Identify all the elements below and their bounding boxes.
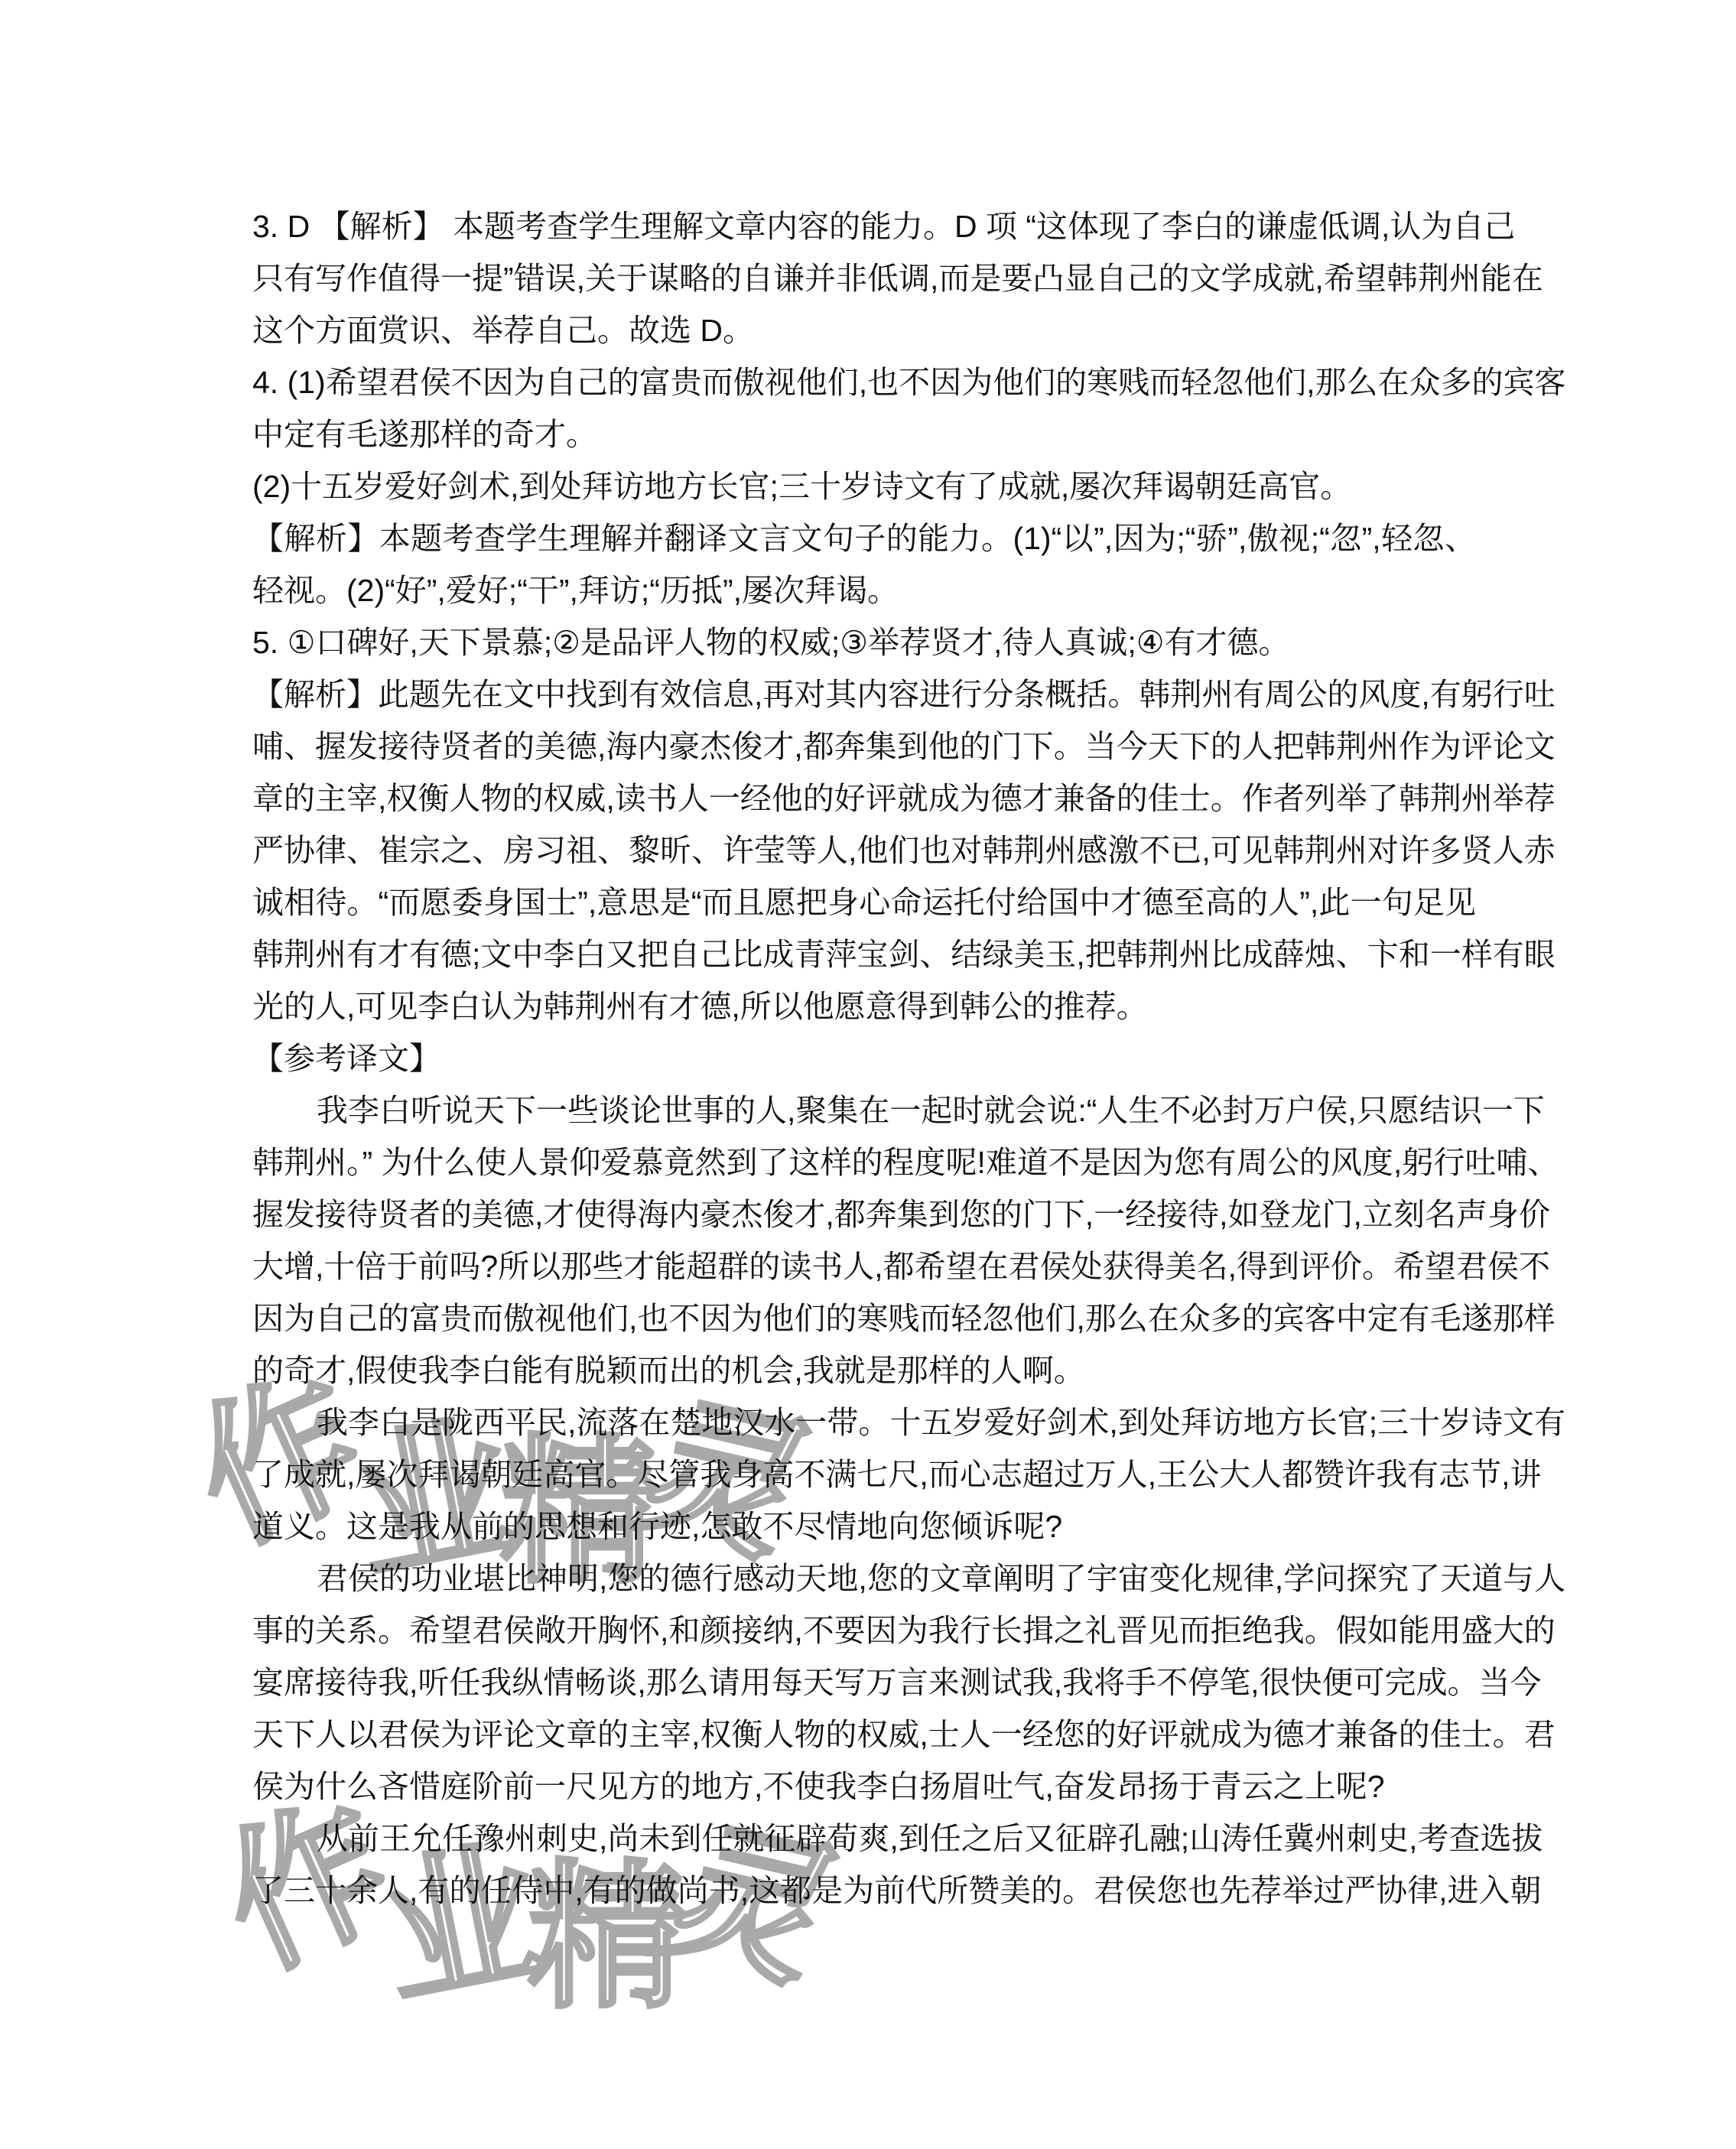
text-line: 章的主宰,权衡人物的权威,读书人一经他的好评就成为德才兼备的佳士。作者列举了韩荆… — [252, 772, 1476, 824]
text-line: 侯为什么吝惜庭阶前一尺见方的地方,不使我李白扬眉吐气,奋发昂扬于青云之上呢? — [252, 1760, 1476, 1813]
text-line: 了成就,屡次拜谒朝廷高官。尽管我身高不满七尺,而心志超过万人,王公大人都赞许我有… — [252, 1448, 1476, 1500]
text-line: 韩荆州。” 为什么使人景仰爱慕竟然到了这样的程度呢!难道不是因为您有周公的风度,… — [252, 1136, 1476, 1188]
text-line: 严协律、崔宗之、房习祖、黎昕、许莹等人,他们也对韩荆州感激不已,可见韩荆州对许多… — [252, 824, 1476, 876]
text-line: 只有写作值得一提”错误,关于谋略的自谦并非低调,而是要凸显自己的文学成就,希望韩… — [252, 252, 1476, 304]
text-line: 宴席接待我,听任我纵情畅谈,那么请用每天写万言来测试我,我将手不停笔,很快便可完… — [252, 1656, 1476, 1708]
text-line: 因为自己的富贵而傲视他们,也不因为他们的寒贱而轻忽他们,那么在众多的宾客中定有毛… — [252, 1292, 1476, 1344]
answer-explanation-text-block: 3. D 【解析】 本题考查学生理解文章内容的能力。D 项 “这体现了李白的谦虚… — [252, 200, 1476, 1917]
text-line: 中定有毛遂那样的奇才。 — [252, 408, 1476, 460]
text-line: 3. D 【解析】 本题考查学生理解文章内容的能力。D 项 “这体现了李白的谦虚… — [252, 200, 1476, 252]
text-line: 从前王允任豫州刺史,尚未到任就征辟荀爽,到任之后又征辟孔融;山涛任冀州刺史,考查… — [252, 1813, 1476, 1865]
text-line: 【参考译文】 — [252, 1032, 1476, 1084]
text-line: 大增,十倍于前吗?所以那些才能超群的读书人,都希望在君侯处获得美名,得到评价。希… — [252, 1240, 1476, 1292]
text-line: 哺、握发接待贤者的美德,海内豪杰俊才,都奔集到他的门下。当今天下的人把韩荆州作为… — [252, 720, 1476, 772]
text-line: 韩荆州有才有德;文中李白又把自己比成青萍宝剑、结绿美玉,把韩荆州比成薛烛、卞和一… — [252, 928, 1476, 980]
text-line: 光的人,可见李白认为韩荆州有才德,所以他愿意得到韩公的推荐。 — [252, 980, 1476, 1032]
text-line: 【解析】本题考查学生理解并翻译文言文句子的能力。(1)“以”,因为;“骄”,傲视… — [252, 512, 1476, 564]
text-line: 君侯的功业堪比神明,您的德行感动天地,您的文章阐明了宇宙变化规律,学问探究了天道… — [252, 1552, 1476, 1604]
text-line: 的奇才,假使我李白能有脱颖而出的机会,我就是那样的人啊。 — [252, 1344, 1476, 1396]
text-line: 轻视。(2)“好”,爱好;“干”,拜访;“历抵”,屡次拜谒。 — [252, 564, 1476, 616]
text-line: 这个方面赏识、举荐自己。故选 D。 — [252, 304, 1476, 356]
text-line: 道义。这是我从前的思想和行迹,怎敢不尽情地向您倾诉呢? — [252, 1500, 1476, 1552]
text-line: 5. ①口碑好,天下景慕;②是品评人物的权威;③举荐贤才,待人真诚;④有才德。 — [252, 616, 1476, 668]
text-line: 4. (1)希望君侯不因为自己的富贵而傲视他们,也不因为他们的寒贱而轻忽他们,那… — [252, 356, 1476, 408]
text-line: 【解析】此题先在文中找到有效信息,再对其内容进行分条概括。韩荆州有周公的风度,有… — [252, 668, 1476, 720]
document-page: 作业精灵 作业精灵 3. D 【解析】 本题考查学生理解文章内容的能力。D 项 … — [0, 0, 1736, 2149]
text-line: 握发接待贤者的美德,才使得海内豪杰俊才,都奔集到您的门下,一经接待,如登龙门,立… — [252, 1188, 1476, 1240]
text-line: 了三十余人,有的任侍中,有的做尚书,这都是为前代所赞美的。君侯您也先荐举过严协律… — [252, 1865, 1476, 1917]
text-line: 诚相待。“而愿委身国士”,意思是“而且愿把身心命运托付给国中才德至高的人”,此一… — [252, 876, 1476, 928]
text-line: 天下人以君侯为评论文章的主宰,权衡人物的权威,士人一经您的好评就成为德才兼备的佳… — [252, 1708, 1476, 1760]
text-line: 我李白是陇西平民,流落在楚地汉水一带。十五岁爱好剑术,到处拜访地方长官;三十岁诗… — [252, 1396, 1476, 1448]
text-line: (2)十五岁爱好剑术,到处拜访地方长官;三十岁诗文有了成就,屡次拜谒朝廷高官。 — [252, 460, 1476, 512]
text-line: 事的关系。希望君侯敞开胸怀,和颜接纳,不要因为我行长揖之礼晋见而拒绝我。假如能用… — [252, 1604, 1476, 1656]
text-line: 我李白听说天下一些谈论世事的人,聚集在一起时就会说:“人生不必封万户侯,只愿结识… — [252, 1084, 1476, 1136]
